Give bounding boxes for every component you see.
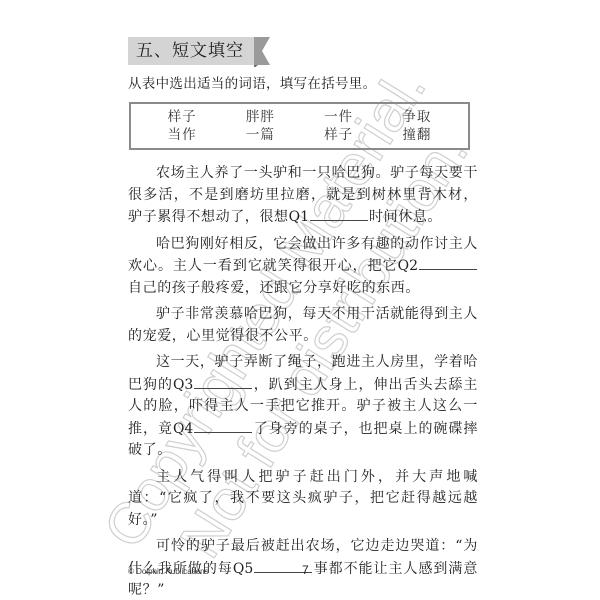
question-label-q4: Q4 — [173, 421, 193, 437]
instruction-text: 从表中选出适当的词语，填写在括号里。 — [128, 72, 376, 92]
passage-text: 自己的孩子般疼爱，还跟它分享好吃的东西。 — [128, 280, 420, 296]
paragraph-3: 驴子非常羡慕哈巴狗，每天不用干活就能得到主人的宠爱，心里觉得很不公平。 — [128, 304, 478, 347]
passage-text: 时间休息。 — [369, 209, 442, 225]
answer-blank-q1[interactable] — [310, 206, 368, 221]
paragraph-4: 这一天，驴子弄断了绳子，跑进主人房里，学着哈巴狗的Q3，趴到主人身上，伸出舌头去… — [128, 352, 478, 462]
answer-blank-q3[interactable] — [194, 374, 252, 389]
paragraph-1: 农场主人养了一头驴和一只哈巴狗。驴子每天要干很多活，不是到磨坊里拉磨，就是到树林… — [128, 163, 478, 229]
answer-blank-q4[interactable] — [194, 418, 252, 433]
word-bank-item: 胖胖 — [221, 108, 299, 126]
passage: 农场主人养了一头驴和一只哈巴狗。驴子每天要干很多活，不是到磨坊里拉磨，就是到树林… — [128, 163, 478, 600]
footer-copyright: © Dolphin Publications — [128, 567, 209, 576]
word-bank-item: 一篇 — [221, 126, 299, 144]
paragraph-2: 哈巴狗刚好相反，它会做出许多有趣的动作讨主人欢心。主人一看到它就笑得很开心，把它… — [128, 234, 478, 300]
section-header: 五、短文填空 — [128, 37, 270, 65]
word-bank-item: 样子 — [143, 108, 221, 126]
section-title: 五、短文填空 — [128, 37, 254, 65]
word-bank-item: 一件 — [300, 108, 378, 126]
workbook-page: Copyrighted Material. Not for distributi… — [0, 0, 600, 600]
paragraph-5: 主人气得叫人把驴子赶出门外，并大声地喊道：“它疯了，我不要这头疯驴子，把它赶得越… — [128, 467, 478, 532]
answer-blank-q2[interactable] — [419, 255, 477, 270]
ribbon-flag-icon — [254, 37, 270, 65]
question-label-q1: Q1 — [289, 209, 309, 225]
question-label-q2: Q2 — [398, 258, 418, 274]
question-label-q5: Q5 — [233, 561, 253, 577]
word-bank-item: 当作 — [143, 126, 221, 144]
question-label-q3: Q3 — [173, 377, 193, 393]
page-number: 7 — [302, 563, 309, 577]
word-bank-item: 争取 — [378, 108, 456, 126]
word-bank-item: 撞翻 — [378, 126, 456, 144]
passage-text: 主人气得叫人把驴子赶出门外，并大声地喊道：“它疯了，我不要这头疯驴子，把它赶得越… — [128, 469, 478, 528]
word-bank-item: 样子 — [300, 126, 378, 144]
passage-text: 驴子非常羡慕哈巴狗，每天不用干活就能得到主人的宠爱，心里觉得很不公平。 — [128, 306, 478, 344]
word-bank: 样子 胖胖 一件 争取 当作 一篇 样子 撞翻 — [129, 102, 470, 150]
